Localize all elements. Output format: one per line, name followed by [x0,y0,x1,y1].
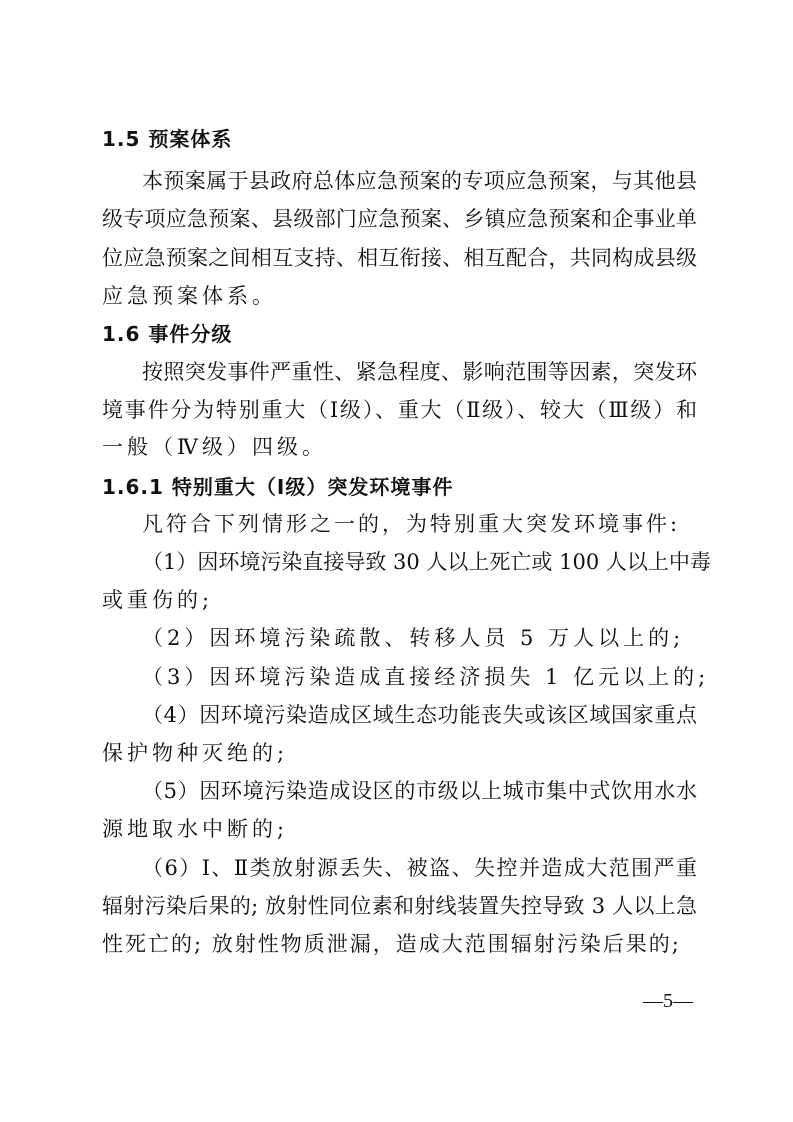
list-item-1-line: （1）因环境污染直接导致 30 人以上死亡或 100 人以上中毒 [142,547,697,577]
list-item-6-line: （6）Ⅰ、Ⅱ类放射源丢失、被盗、失控并造成大范围严重 [142,853,697,883]
list-item-2-line: （2）因环境污染疏散、转移人员 5 万人以上的; [142,623,697,653]
list-item-6-line: 性死亡的; 放射性物质泄漏，造成大范围辐射污染后果的; [102,929,697,959]
paragraph-line: 位应急预案之间相互支持、相互衔接、相互配合，共同构成县级 [102,243,697,273]
list-item-5-line: （5）因环境污染造成设区的市级以上城市集中式饮用水水 [142,776,697,806]
page-number: —5— [643,986,693,1016]
paragraph-line: 应急预案体系。 [102,281,697,311]
list-item-4-line: 保护物种灭绝的; [102,738,697,768]
paragraph-line: 凡符合下列情形之一的，为特别重大突发环境事件: [142,509,697,539]
paragraph-line: 一般（Ⅳ级）四级。 [102,432,697,462]
section-heading-1-6-1: 1.6.1 特别重大（Ⅰ级）突发环境事件 [102,472,697,502]
list-item-1-line: 或重伤的; [102,585,697,615]
section-heading-1-6: 1.6 事件分级 [102,319,697,349]
document-page: 1.5 预案体系 本预案属于县政府总体应急预案的专项应急预案，与其他县 级专项应… [0,0,793,1122]
list-item-5-line: 源地取水中断的; [102,814,697,844]
list-item-3-line: （3）因环境污染造成直接经济损失 1 亿元以上的; [142,662,697,692]
paragraph-line: 本预案属于县政府总体应急预案的专项应急预案，与其他县 [142,166,697,196]
list-item-6-line: 辐射污染后果的; 放射性同位素和射线装置失控导致 3 人以上急 [102,891,697,921]
section-heading-1-5: 1.5 预案体系 [102,124,697,154]
list-item-4-line: （4）因环境污染造成区域生态功能丧失或该区域国家重点 [142,700,697,730]
paragraph-line: 境事件分为特别重大（Ⅰ级）、重大（Ⅱ级）、较大（Ⅲ级）和 [102,395,697,425]
paragraph-line: 按照突发事件严重性、紧急程度、影响范围等因素，突发环 [142,357,697,387]
paragraph-line: 级专项应急预案、县级部门应急预案、乡镇应急预案和企事业单 [102,204,697,234]
